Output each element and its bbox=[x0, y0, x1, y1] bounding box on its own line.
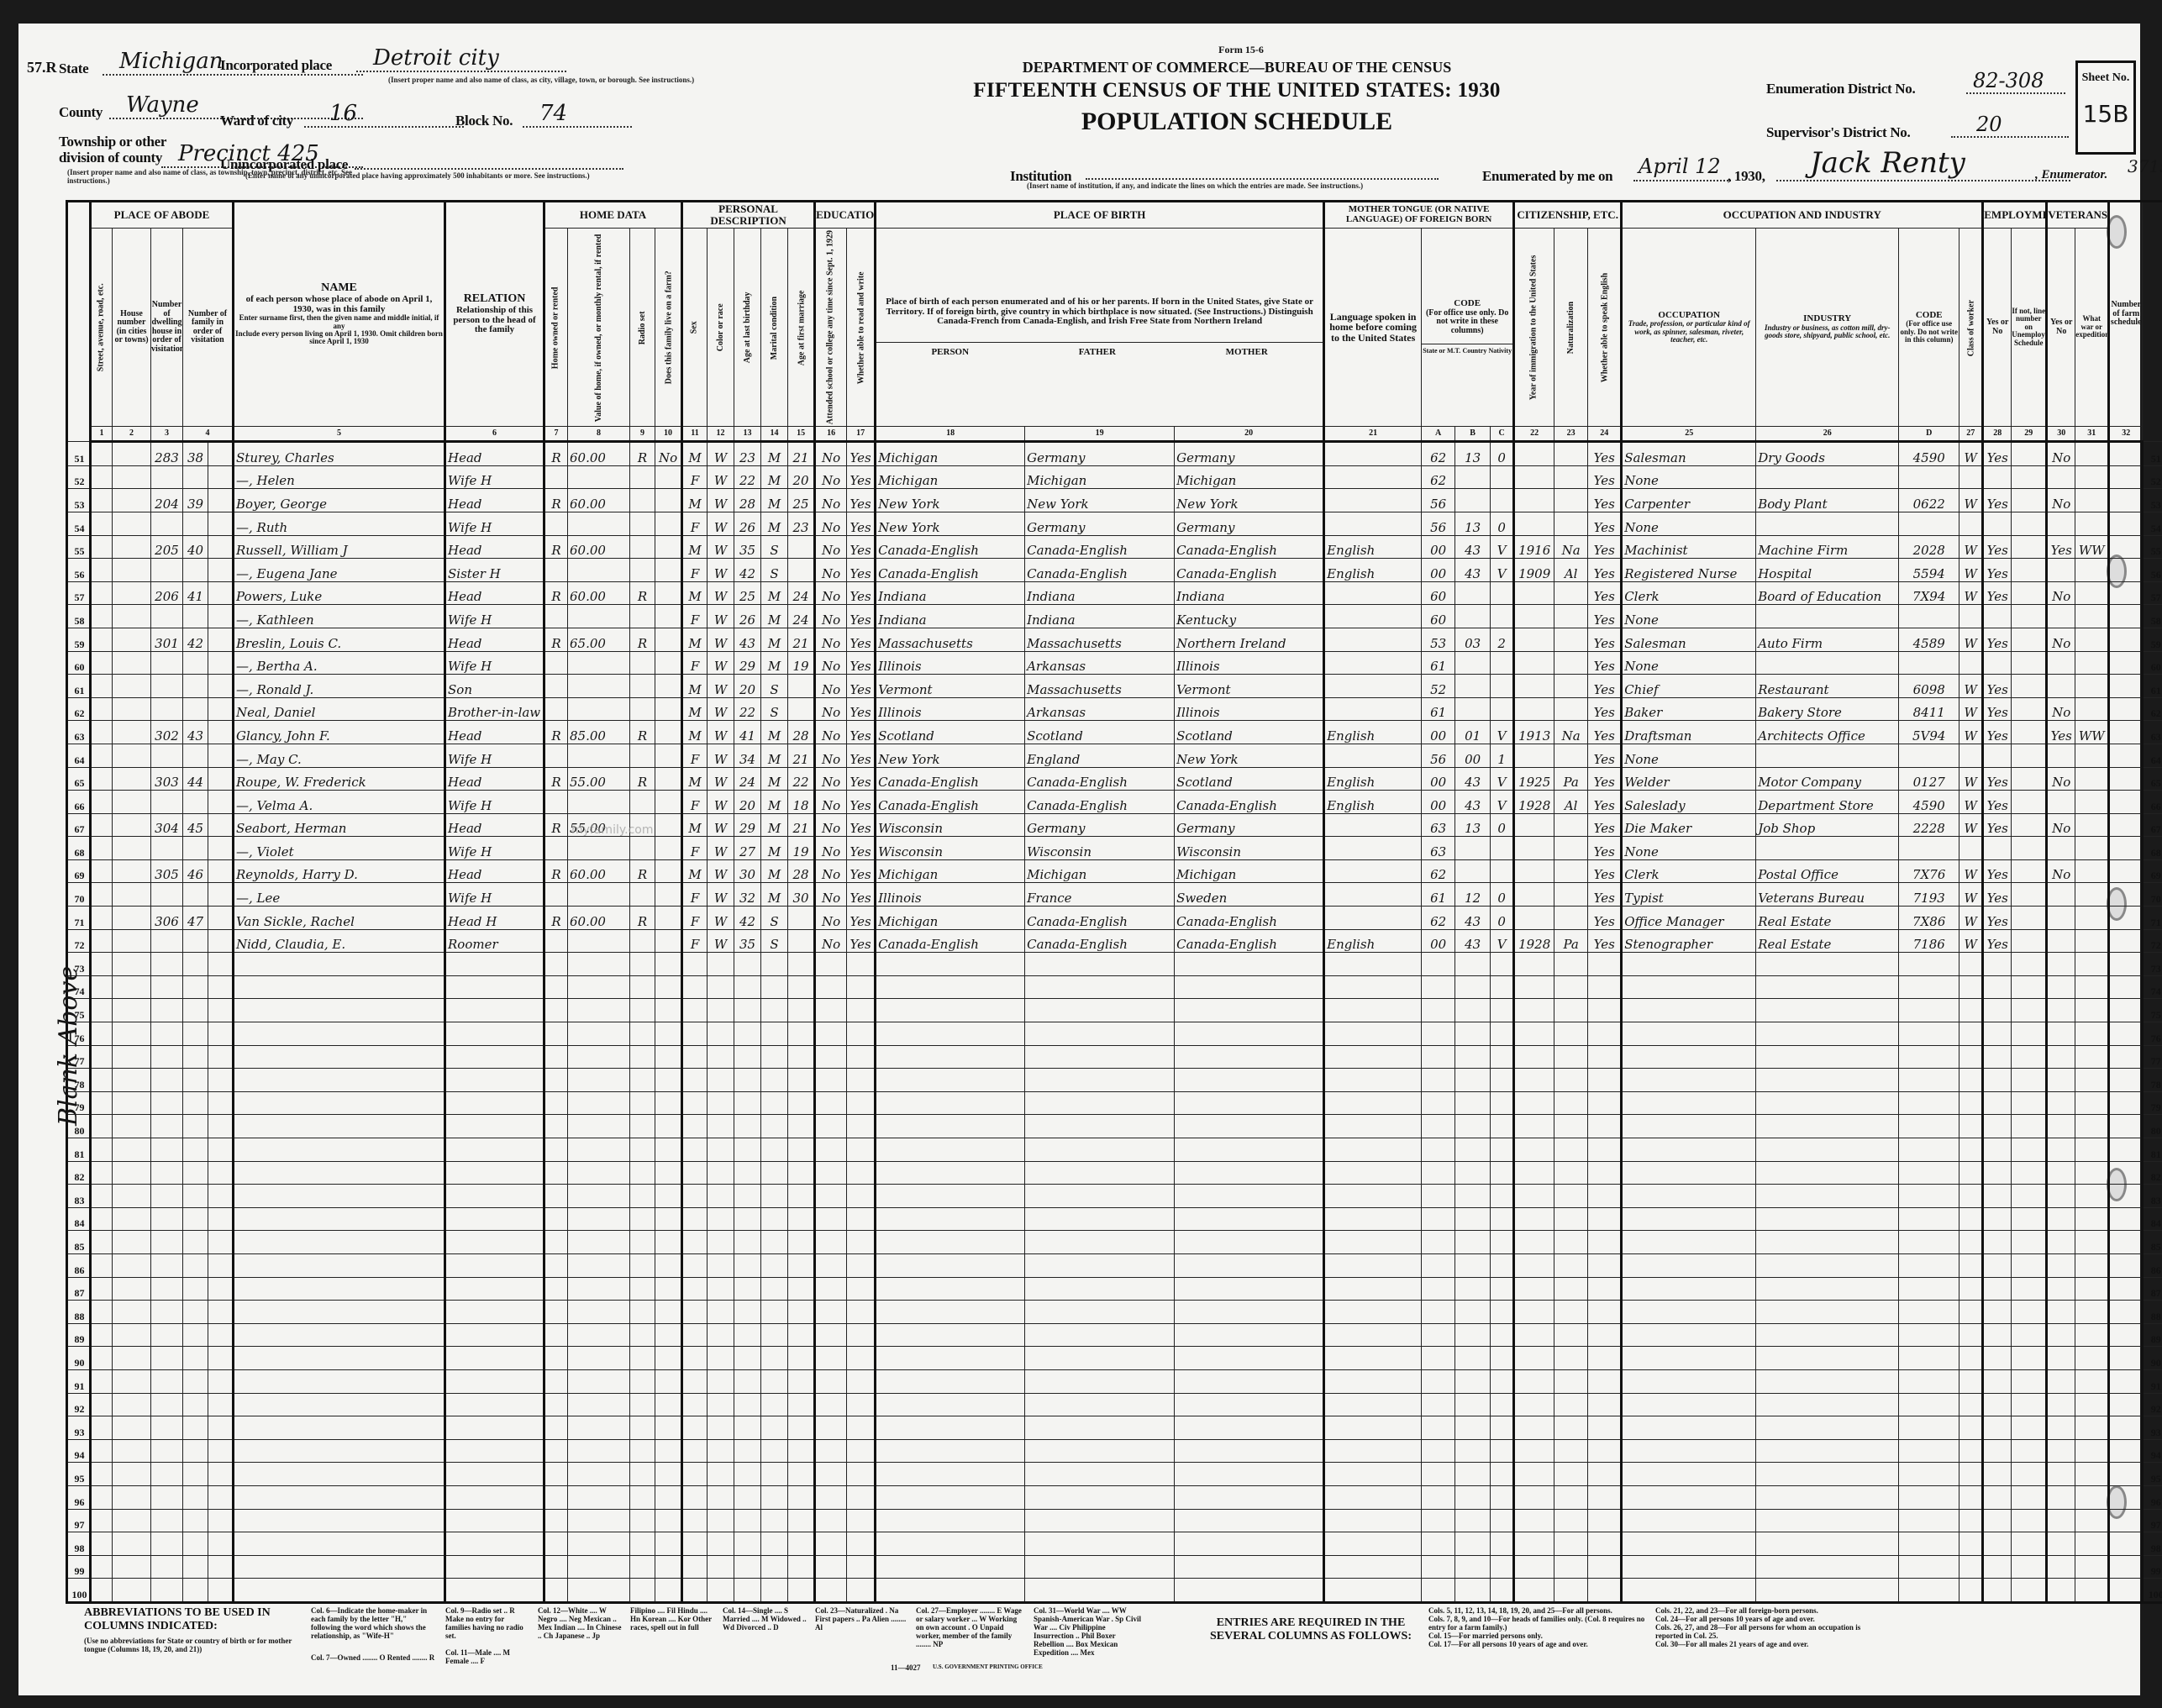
cell-family2 bbox=[208, 929, 234, 953]
cell-farm-schedule bbox=[2109, 953, 2143, 976]
cell-birth-person bbox=[876, 1301, 1025, 1324]
cell-relation: Wife H bbox=[445, 791, 544, 814]
cell-code-b bbox=[1455, 465, 1491, 489]
empty-table-row: 8383 bbox=[67, 1185, 2162, 1208]
cell-street bbox=[91, 1069, 113, 1092]
cell-family2 bbox=[208, 651, 234, 675]
cell-relation bbox=[445, 1555, 544, 1579]
cell-language bbox=[1324, 1369, 1422, 1393]
enum-district-field[interactable]: 82-308 bbox=[1966, 69, 2065, 94]
cell-at-work bbox=[1983, 1161, 2012, 1185]
cell-street bbox=[91, 535, 113, 559]
cell-unemp-line bbox=[2012, 1277, 2047, 1301]
cell-family2 bbox=[208, 1416, 234, 1440]
cell-unemp-line bbox=[2012, 1207, 2047, 1231]
cell-code-a bbox=[1422, 1579, 1455, 1603]
cell-birth-mother: Northern Ireland bbox=[1175, 628, 1324, 651]
line-number-right: 64 bbox=[2143, 744, 2162, 767]
cell-language bbox=[1324, 1579, 1422, 1603]
cell-school bbox=[815, 1207, 847, 1231]
cell-birth-mother bbox=[1175, 1532, 1324, 1556]
col-age-header: Age at last birthday bbox=[734, 229, 761, 427]
cell-birth-mother: Michigan bbox=[1175, 859, 1324, 883]
cell-street bbox=[91, 675, 113, 698]
enumerator-name[interactable]: Jack Renty bbox=[1776, 146, 2070, 181]
cell-age: 20 bbox=[734, 675, 761, 698]
cell-birth-person: Illinois bbox=[876, 883, 1025, 907]
cell-street bbox=[91, 442, 113, 466]
cell-unemp-line bbox=[2012, 1231, 2047, 1254]
cell-at-work bbox=[1983, 1045, 2012, 1069]
cell-radio bbox=[630, 1416, 655, 1440]
cell-class-worker: W bbox=[1959, 581, 1983, 605]
cell-family2 bbox=[208, 605, 234, 628]
cell-code-a: 00 bbox=[1422, 535, 1455, 559]
cell-marital bbox=[761, 999, 788, 1022]
cell-farm bbox=[655, 837, 682, 860]
cell-language bbox=[1324, 907, 1422, 930]
cell-house bbox=[113, 1509, 151, 1532]
cell-age: 42 bbox=[734, 907, 761, 930]
cell-veteran bbox=[2047, 1045, 2075, 1069]
cell-age-marriage bbox=[788, 1532, 815, 1556]
cell-dwelling bbox=[151, 1207, 183, 1231]
line-number: 99 bbox=[67, 1555, 91, 1579]
cell-birth-mother bbox=[1175, 1323, 1324, 1347]
cell-english bbox=[1588, 1439, 1622, 1463]
county-label: County bbox=[59, 104, 103, 121]
cell-unemp-line bbox=[2012, 581, 2047, 605]
cell-birth-father bbox=[1025, 1022, 1175, 1046]
table-row: 56—, Eugena JaneSister HFW42SNoYesCanada… bbox=[67, 559, 2162, 582]
cell-birth-father bbox=[1025, 953, 1175, 976]
cell-veteran bbox=[2047, 1369, 2075, 1393]
cell-name: —, Helen bbox=[234, 465, 445, 489]
cell-class-worker bbox=[1959, 953, 1983, 976]
cell-at-work bbox=[1983, 1579, 2012, 1603]
col-family-header: Number of family in order of visitation bbox=[183, 229, 234, 427]
cell-farm bbox=[655, 767, 682, 791]
cell-marital bbox=[761, 1161, 788, 1185]
cell-marital bbox=[761, 1045, 788, 1069]
cell-race: W bbox=[708, 559, 734, 582]
cell-house bbox=[113, 675, 151, 698]
cell-veteran: No bbox=[2047, 813, 2075, 837]
cell-language bbox=[1324, 1253, 1422, 1277]
cell-unemp-line bbox=[2012, 953, 2047, 976]
cell-race: W bbox=[708, 605, 734, 628]
cell-radio bbox=[630, 1161, 655, 1185]
cell-radio bbox=[630, 465, 655, 489]
cell-race: W bbox=[708, 721, 734, 744]
cell-code-c bbox=[1491, 1115, 1514, 1138]
cell-language bbox=[1324, 605, 1422, 628]
cell-unemp-line bbox=[2012, 1416, 2047, 1440]
cell-marital bbox=[761, 1485, 788, 1509]
cell-naturalization bbox=[1554, 837, 1588, 860]
cell-dwelling bbox=[151, 1509, 183, 1532]
sheet-value[interactable]: 15B bbox=[2078, 100, 2133, 128]
cell-code-c bbox=[1491, 1207, 1514, 1231]
cell-immigration bbox=[1514, 1185, 1554, 1208]
cell-family2 bbox=[208, 837, 234, 860]
line-number: 51 bbox=[67, 442, 91, 466]
cell-unemp-line bbox=[2012, 1185, 2047, 1208]
cell-name: —, Kathleen bbox=[234, 605, 445, 628]
cell-house bbox=[113, 1347, 151, 1370]
cell-industry bbox=[1756, 1277, 1899, 1301]
line-number: 54 bbox=[67, 512, 91, 535]
cell-code-c: 0 bbox=[1491, 907, 1514, 930]
cell-value bbox=[568, 837, 630, 860]
cell-race: W bbox=[708, 489, 734, 512]
cell-farm: No bbox=[655, 442, 682, 466]
cell-class-worker: W bbox=[1959, 929, 1983, 953]
cell-relation bbox=[445, 1347, 544, 1370]
cell-birth-father: Arkansas bbox=[1025, 651, 1175, 675]
cell-occupation bbox=[1622, 1069, 1756, 1092]
cell-farm bbox=[655, 605, 682, 628]
cell-school bbox=[815, 1115, 847, 1138]
incorporated-field[interactable]: Detroit city bbox=[356, 45, 566, 72]
cell-naturalization bbox=[1554, 1069, 1588, 1092]
cell-unemp-line bbox=[2012, 1161, 2047, 1185]
cell-race bbox=[708, 1347, 734, 1370]
cell-english: Yes bbox=[1588, 442, 1622, 466]
cell-code-b bbox=[1455, 1323, 1491, 1347]
cell-code-a bbox=[1422, 1231, 1455, 1254]
cell-english bbox=[1588, 1091, 1622, 1115]
cell-relation bbox=[445, 1301, 544, 1324]
cell-dwelling: 206 bbox=[151, 581, 183, 605]
cell-marital: M bbox=[761, 628, 788, 651]
cell-birth-father bbox=[1025, 1277, 1175, 1301]
cell-age-marriage bbox=[788, 559, 815, 582]
cell-read: Yes bbox=[847, 907, 876, 930]
empty-table-row: 7373 bbox=[67, 953, 2162, 976]
cell-naturalization bbox=[1554, 744, 1588, 767]
cell-age-marriage: 19 bbox=[788, 651, 815, 675]
col-code-d-header: CODE (For office use only. Do not write … bbox=[1899, 229, 1959, 427]
cell-at-work bbox=[1983, 837, 2012, 860]
cell-relation: Wife H bbox=[445, 465, 544, 489]
cell-relation bbox=[445, 1022, 544, 1046]
cell-code-a: 00 bbox=[1422, 767, 1455, 791]
cell-occupation: Clerk bbox=[1622, 859, 1756, 883]
cell-occupation: Registered Nurse bbox=[1622, 559, 1756, 582]
cell-family2 bbox=[208, 1393, 234, 1416]
cell-race bbox=[708, 1555, 734, 1579]
cell-relation: Head bbox=[445, 721, 544, 744]
cell-immigration bbox=[1514, 1555, 1554, 1579]
cell-relation bbox=[445, 1207, 544, 1231]
cell-race bbox=[708, 1509, 734, 1532]
cell-language bbox=[1324, 512, 1422, 535]
cell-code-a bbox=[1422, 1439, 1455, 1463]
cell-farm-schedule bbox=[2109, 1161, 2143, 1185]
empty-table-row: 9292 bbox=[67, 1393, 2162, 1416]
cell-street bbox=[91, 791, 113, 814]
cell-occupation bbox=[1622, 1231, 1756, 1254]
cell-name: Seabort, Herman bbox=[234, 813, 445, 837]
cell-veteran bbox=[2047, 791, 2075, 814]
cell-farm bbox=[655, 1277, 682, 1301]
cell-house bbox=[113, 1185, 151, 1208]
cell-code-d: 7X86 bbox=[1899, 907, 1959, 930]
unincorporated-field[interactable] bbox=[355, 150, 623, 170]
cell-birth-person: Michigan bbox=[876, 859, 1025, 883]
cell-immigration bbox=[1514, 1509, 1554, 1532]
cell-at-work bbox=[1983, 1138, 2012, 1162]
cell-dwelling: 204 bbox=[151, 489, 183, 512]
cell-sex: M bbox=[682, 535, 708, 559]
cell-immigration: 1928 bbox=[1514, 929, 1554, 953]
cell-code-b bbox=[1455, 1579, 1491, 1603]
cell-name bbox=[234, 1439, 445, 1463]
cell-farm bbox=[655, 1069, 682, 1092]
cell-birth-father bbox=[1025, 1069, 1175, 1092]
cell-at-work bbox=[1983, 1463, 2012, 1486]
cell-code-a bbox=[1422, 999, 1455, 1022]
cell-house bbox=[113, 1532, 151, 1556]
cell-street bbox=[91, 512, 113, 535]
cell-birth-mother: Germany bbox=[1175, 512, 1324, 535]
supervisor-field[interactable]: 20 bbox=[1951, 113, 2069, 138]
cell-age-marriage bbox=[788, 1416, 815, 1440]
cell-english bbox=[1588, 1022, 1622, 1046]
cell-owned bbox=[544, 1022, 568, 1046]
cell-farm bbox=[655, 581, 682, 605]
cell-house bbox=[113, 581, 151, 605]
cell-language bbox=[1324, 1277, 1422, 1301]
cell-code-c bbox=[1491, 1347, 1514, 1370]
cell-age bbox=[734, 1277, 761, 1301]
cell-school bbox=[815, 999, 847, 1022]
cell-english: Yes bbox=[1588, 813, 1622, 837]
cell-class-worker bbox=[1959, 1369, 1983, 1393]
cell-war bbox=[2075, 1369, 2109, 1393]
cell-radio bbox=[630, 1115, 655, 1138]
cell-sex bbox=[682, 1231, 708, 1254]
cell-occupation bbox=[1622, 1091, 1756, 1115]
stamp: 57.R bbox=[27, 59, 57, 76]
cell-age: 24 bbox=[734, 767, 761, 791]
cell-street bbox=[91, 744, 113, 767]
cell-dwelling bbox=[151, 1439, 183, 1463]
cell-farm-schedule bbox=[2109, 559, 2143, 582]
cell-occupation bbox=[1622, 1022, 1756, 1046]
enum-district-label: Enumeration District No. bbox=[1766, 81, 1915, 97]
institution-field[interactable] bbox=[1086, 163, 1439, 180]
cell-birth-father bbox=[1025, 1231, 1175, 1254]
cell-marital: M bbox=[761, 859, 788, 883]
cell-relation bbox=[445, 953, 544, 976]
cell-owned bbox=[544, 1045, 568, 1069]
cell-birth-mother bbox=[1175, 1115, 1324, 1138]
cell-family bbox=[183, 1416, 208, 1440]
cell-sex: F bbox=[682, 883, 708, 907]
cell-farm bbox=[655, 1161, 682, 1185]
cell-radio bbox=[630, 999, 655, 1022]
cell-naturalization bbox=[1554, 1439, 1588, 1463]
cell-war bbox=[2075, 813, 2109, 837]
cell-relation bbox=[445, 1416, 544, 1440]
enumerated-date[interactable]: April 12 bbox=[1633, 155, 1731, 181]
relation-header: RELATION Relationship of this person to … bbox=[445, 202, 544, 427]
table-row: 6530344Roupe, W. FrederickHeadR55.00RMW2… bbox=[67, 767, 2162, 791]
cell-house bbox=[113, 1115, 151, 1138]
cell-dwelling bbox=[151, 1485, 183, 1509]
line-number-right: 74 bbox=[2143, 975, 2162, 999]
cell-name: —, Bertha A. bbox=[234, 651, 445, 675]
cell-naturalization bbox=[1554, 1463, 1588, 1486]
cell-birth-father bbox=[1025, 1532, 1175, 1556]
cell-class-worker: W bbox=[1959, 907, 1983, 930]
cell-family bbox=[183, 1463, 208, 1486]
footer-instructions: ABBREVIATIONS TO BE USED IN COLUMNS INDI… bbox=[84, 1606, 2134, 1674]
cell-radio bbox=[630, 1439, 655, 1463]
cell-war bbox=[2075, 1323, 2109, 1347]
cell-family bbox=[183, 512, 208, 535]
cell-family bbox=[183, 1347, 208, 1370]
cell-owned bbox=[544, 791, 568, 814]
cell-code-a bbox=[1422, 1207, 1455, 1231]
col-school-header: Attended school or college any time sinc… bbox=[815, 229, 847, 427]
cell-family: 40 bbox=[183, 535, 208, 559]
cell-sex bbox=[682, 1045, 708, 1069]
cell-sex bbox=[682, 1393, 708, 1416]
cell-at-work: Yes bbox=[1983, 813, 2012, 837]
cell-dwelling bbox=[151, 1115, 183, 1138]
cell-code-b: 13 bbox=[1455, 442, 1491, 466]
cell-code-d: 7186 bbox=[1899, 929, 1959, 953]
cell-owned bbox=[544, 1323, 568, 1347]
cell-owned bbox=[544, 929, 568, 953]
cell-age-marriage: 30 bbox=[788, 883, 815, 907]
cell-veteran bbox=[2047, 975, 2075, 999]
cell-school bbox=[815, 1161, 847, 1185]
cell-read: Yes bbox=[847, 512, 876, 535]
cell-house bbox=[113, 1439, 151, 1463]
cell-owned bbox=[544, 1579, 568, 1603]
cell-read: Yes bbox=[847, 767, 876, 791]
cell-race: W bbox=[708, 791, 734, 814]
cell-street bbox=[91, 1207, 113, 1231]
block-field[interactable]: 74 bbox=[523, 101, 632, 128]
cell-birth-father bbox=[1025, 1347, 1175, 1370]
cell-naturalization bbox=[1554, 953, 1588, 976]
col-dwelling-header: Number of dwelling house in order of vis… bbox=[151, 229, 183, 427]
ward-field[interactable]: 16 bbox=[304, 101, 464, 128]
cell-birth-father bbox=[1025, 1393, 1175, 1416]
cell-owned bbox=[544, 1207, 568, 1231]
cell-naturalization: Al bbox=[1554, 791, 1588, 814]
cell-farm-schedule bbox=[2109, 791, 2143, 814]
empty-table-row: 8181 bbox=[67, 1138, 2162, 1162]
cell-birth-mother bbox=[1175, 1416, 1324, 1440]
cell-age-marriage bbox=[788, 1115, 815, 1138]
cell-naturalization: Na bbox=[1554, 721, 1588, 744]
cell-birth-father bbox=[1025, 1207, 1175, 1231]
cell-occupation bbox=[1622, 1185, 1756, 1208]
empty-table-row: 8282 bbox=[67, 1161, 2162, 1185]
cell-house bbox=[113, 975, 151, 999]
line-number: 59 bbox=[67, 628, 91, 651]
cell-occupation bbox=[1622, 1416, 1756, 1440]
cell-owned bbox=[544, 1532, 568, 1556]
cell-name: Roupe, W. Frederick bbox=[234, 767, 445, 791]
cell-read: Yes bbox=[847, 442, 876, 466]
cell-owned bbox=[544, 465, 568, 489]
line-number-right: 95 bbox=[2143, 1463, 2162, 1486]
cell-immigration bbox=[1514, 907, 1554, 930]
cell-marital: S bbox=[761, 559, 788, 582]
cell-industry: Auto Firm bbox=[1756, 628, 1899, 651]
cell-school bbox=[815, 1532, 847, 1556]
cell-english: Yes bbox=[1588, 489, 1622, 512]
cell-naturalization bbox=[1554, 975, 1588, 999]
col-unemployment-line-header: If not, line number on Unemployment Sche… bbox=[2012, 229, 2047, 427]
cell-relation: Head bbox=[445, 535, 544, 559]
cell-farm-schedule bbox=[2109, 975, 2143, 999]
cell-owned: R bbox=[544, 907, 568, 930]
cell-occupation bbox=[1622, 1207, 1756, 1231]
cell-age-marriage: 21 bbox=[788, 813, 815, 837]
cell-owned: R bbox=[544, 535, 568, 559]
cell-class-worker bbox=[1959, 1138, 1983, 1162]
cell-sex bbox=[682, 1301, 708, 1324]
cell-english bbox=[1588, 1393, 1622, 1416]
cell-english: Yes bbox=[1588, 744, 1622, 767]
cell-birth-mother: New York bbox=[1175, 744, 1324, 767]
cell-code-a bbox=[1422, 1509, 1455, 1532]
cell-sex bbox=[682, 1207, 708, 1231]
cell-name bbox=[234, 1301, 445, 1324]
empty-table-row: 7878 bbox=[67, 1069, 2162, 1092]
cell-age: 22 bbox=[734, 697, 761, 721]
cell-relation bbox=[445, 1323, 544, 1347]
cell-race: W bbox=[708, 512, 734, 535]
cell-name: —, Ronald J. bbox=[234, 675, 445, 698]
cell-family2 bbox=[208, 1185, 234, 1208]
cell-code-a: 56 bbox=[1422, 489, 1455, 512]
cell-code-c bbox=[1491, 581, 1514, 605]
cell-code-a: 00 bbox=[1422, 559, 1455, 582]
cell-veteran bbox=[2047, 1231, 2075, 1254]
cell-race: W bbox=[708, 535, 734, 559]
cell-family2 bbox=[208, 767, 234, 791]
cell-radio bbox=[630, 1022, 655, 1046]
line-number: 87 bbox=[67, 1277, 91, 1301]
cell-age-marriage: 23 bbox=[788, 512, 815, 535]
cell-naturalization bbox=[1554, 1416, 1588, 1440]
cell-read: Yes bbox=[847, 837, 876, 860]
cell-naturalization bbox=[1554, 465, 1588, 489]
cell-value bbox=[568, 1185, 630, 1208]
col-farm-header: Does this family live on a farm? bbox=[655, 229, 682, 427]
cell-birth-mother: Indiana bbox=[1175, 581, 1324, 605]
sheet-label: Sheet No. bbox=[2078, 71, 2133, 85]
cell-value bbox=[568, 1393, 630, 1416]
line-number: 100 bbox=[67, 1579, 91, 1603]
line-number-right: 73 bbox=[2143, 953, 2162, 976]
cell-name bbox=[234, 1416, 445, 1440]
cell-occupation bbox=[1622, 953, 1756, 976]
cell-family2 bbox=[208, 1091, 234, 1115]
cell-unemp-line bbox=[2012, 697, 2047, 721]
cell-name: Glancy, John F. bbox=[234, 721, 445, 744]
cell-veteran bbox=[2047, 1579, 2075, 1603]
